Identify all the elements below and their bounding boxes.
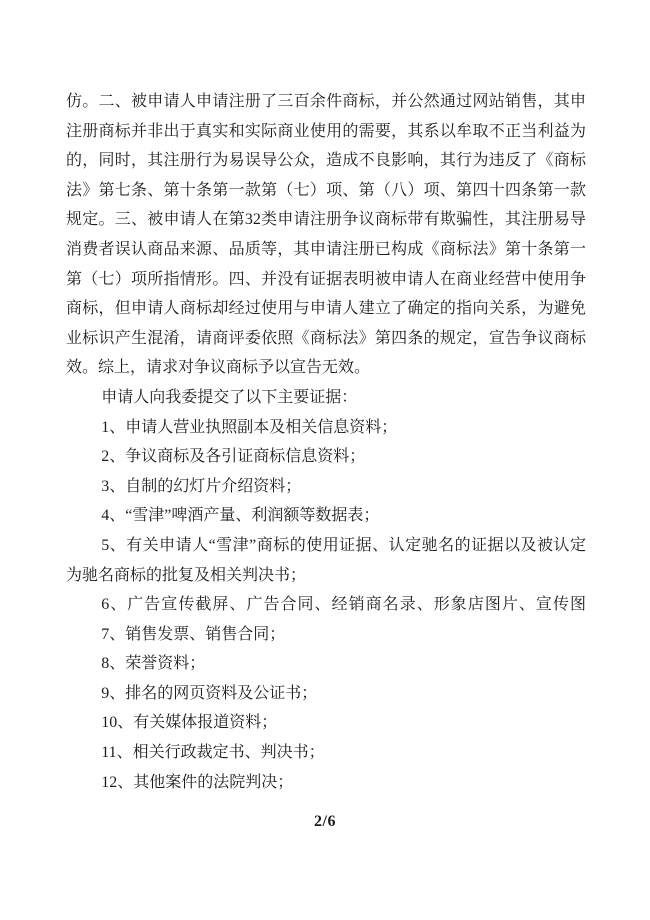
text-line: 10、有关媒体报道资料； [66,708,586,738]
text-line: 规定。三、被申请人在第32类申请注册争议商标带有欺骗性，其注册易导致 [66,205,586,235]
evidence-item-4: 4、“雪津”啤酒产量、利润额等数据表； [66,501,586,531]
text-line: 8、荣誉资料； [66,649,586,679]
text-line: 1、申请人营业执照副本及相关信息资料； [66,413,586,443]
text-line: 申请人向我委提交了以下主要证据： [66,383,586,413]
text-line: 5、有关申请人“雪津”商标的使用证据、认定驰名的证据以及被认定 [66,531,586,561]
paragraph-evidence-intro: 申请人向我委提交了以下主要证据： [66,383,586,413]
text-line: 9、排名的网页资料及公证书； [66,679,586,709]
text-line: 业标识产生混淆，请商评委依照《商标法》第四条的规定，宣告争议商标无 [66,324,586,354]
text-line: 2、争议商标及各引证商标信息资料； [66,442,586,472]
text-line: 7、销售发票、销售合同； [66,620,586,650]
evidence-item-3: 3、自制的幻灯片介绍资料； [66,472,586,502]
text-line: 法》第七条、第十条第一款第（七）项、第（八）项、第四十四条第一款的 [66,176,586,206]
evidence-item-12: 12、其他案件的法院判决； [66,768,586,798]
text-line: 3、自制的幻灯片介绍资料； [66,472,586,502]
evidence-item-7: 7、销售发票、销售合同； [66,620,586,650]
text-line: 6、广告宣传截屏、广告合同、经销商名录、形象店图片、宣传图片； [66,590,586,620]
evidence-item-8: 8、荣誉资料； [66,649,586,679]
document-page: { "document": { "paragraphs": [ { "role"… [0,0,650,920]
text-line: 消费者误认商品来源、品质等，其申请注册已构成《商标法》第十条第一款 [66,235,586,265]
page-number: 2/6 [0,813,650,831]
text-line: 商标，但申请人商标却经过使用与申请人建立了确定的指向关系，为避免商 [66,294,586,324]
evidence-item-6: 6、广告宣传截屏、广告合同、经销商名录、形象店图片、宣传图片； [66,590,586,620]
text-line: 仿。二、被申请人申请注册了三百余件商标，并公然通过网站销售，其申请 [66,87,586,117]
text-line: 的，同时，其注册行为易误导公众，造成不良影响，其行为违反了《商标 [66,146,586,176]
text-line: 效。综上，请求对争议商标予以宣告无效。 [66,353,586,383]
document-body: 仿。二、被申请人申请注册了三百余件商标，并公然通过网站销售，其申请 注册商标并非… [66,87,586,797]
evidence-item-2: 2、争议商标及各引证商标信息资料； [66,442,586,472]
text-line: 为驰名商标的批复及相关判决书； [66,561,586,591]
evidence-item-5: 5、有关申请人“雪津”商标的使用证据、认定驰名的证据以及被认定 为驰名商标的批复… [66,531,586,590]
evidence-item-11: 11、相关行政裁定书、判决书； [66,738,586,768]
evidence-item-10: 10、有关媒体报道资料； [66,708,586,738]
text-line: 注册商标并非出于真实和实际商业使用的需要，其系以牟取不正当利益为目 [66,117,586,147]
text-line: 第（七）项所指情形。四、并没有证据表明被申请人在商业经营中使用争议 [66,265,586,295]
text-line: 11、相关行政裁定书、判决书； [66,738,586,768]
evidence-item-1: 1、申请人营业执照副本及相关信息资料； [66,413,586,443]
text-line: 12、其他案件的法院判决； [66,768,586,798]
page-sheet: 仿。二、被申请人申请注册了三百余件商标，并公然通过网站销售，其申请 注册商标并非… [0,0,650,920]
paragraph-main-arguments: 仿。二、被申请人申请注册了三百余件商标，并公然通过网站销售，其申请 注册商标并非… [66,87,586,383]
evidence-item-9: 9、排名的网页资料及公证书； [66,679,586,709]
text-line: 4、“雪津”啤酒产量、利润额等数据表； [66,501,586,531]
